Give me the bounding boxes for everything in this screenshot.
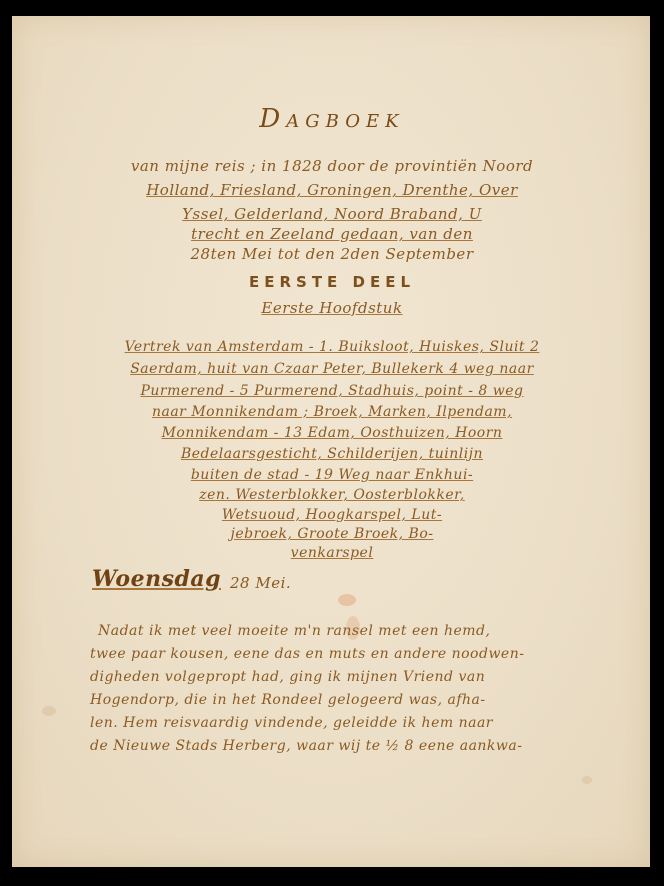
contents-line: Monnikendam - 13 Edam, Oosthuizen, Hoorn bbox=[0, 425, 664, 441]
subtitle-line: Yssel, Gelderland, Noord Braband, U bbox=[0, 205, 664, 223]
contents-line: naar Monnikendam ; Broek, Marken, Ilpend… bbox=[0, 404, 664, 420]
ink-stain bbox=[338, 594, 356, 606]
body-line: twee paar kousen, eene das en muts en an… bbox=[90, 646, 524, 662]
contents-line: jebroek, Groote Broek, Bo- bbox=[0, 526, 664, 542]
contents-line: buiten de stad - 19 Weg naar Enkhui- bbox=[0, 467, 664, 483]
paper-speck bbox=[582, 776, 592, 784]
contents-line: Purmerend - 5 Purmerend, Stadhuis, point… bbox=[0, 383, 664, 399]
body-line: Hogendorp, die in het Rondeel gelogeerd … bbox=[90, 692, 486, 708]
part-heading: EERSTE DEEL bbox=[0, 273, 664, 291]
date-value: 28 Mei. bbox=[230, 574, 291, 592]
date-heading: Woensdag bbox=[92, 566, 221, 592]
body-line: Nadat ik met veel moeite m'n ransel met … bbox=[98, 623, 490, 639]
body-line: len. Hem reisvaardig vindende, geleidde … bbox=[90, 715, 493, 731]
contents-line: zen. Westerblokker, Oosterblokker, bbox=[0, 487, 664, 503]
contents-line: venkarspel bbox=[0, 545, 664, 561]
body-line: de Nieuwe Stads Herberg, waar wij te ½ 8… bbox=[90, 738, 522, 754]
body-line: digheden volgepropt had, ging ik mijnen … bbox=[90, 669, 485, 685]
subtitle-line: van mijne reis ; in 1828 door de provint… bbox=[0, 157, 664, 175]
subtitle-line: Holland, Friesland, Groningen, Drenthe, … bbox=[0, 181, 664, 199]
contents-line: Wetsuoud, Hoogkarspel, Lut- bbox=[0, 507, 664, 523]
paper-speck bbox=[42, 706, 56, 716]
chapter-heading: Eerste Hoofdstuk bbox=[0, 299, 664, 317]
contents-line: Saerdam, huit van Czaar Peter, Bullekerk… bbox=[0, 361, 664, 377]
subtitle-line: trecht en Zeeland gedaan, van den bbox=[0, 225, 664, 243]
document-title: Dagboek bbox=[0, 104, 664, 134]
contents-line: Bedelaarsgesticht, Schilderijen, tuinlij… bbox=[0, 446, 664, 462]
contents-line: Vertrek van Amsterdam - 1. Buiksloot, Hu… bbox=[0, 339, 664, 355]
subtitle-line: 28ten Mei tot den 2den September bbox=[0, 245, 664, 263]
